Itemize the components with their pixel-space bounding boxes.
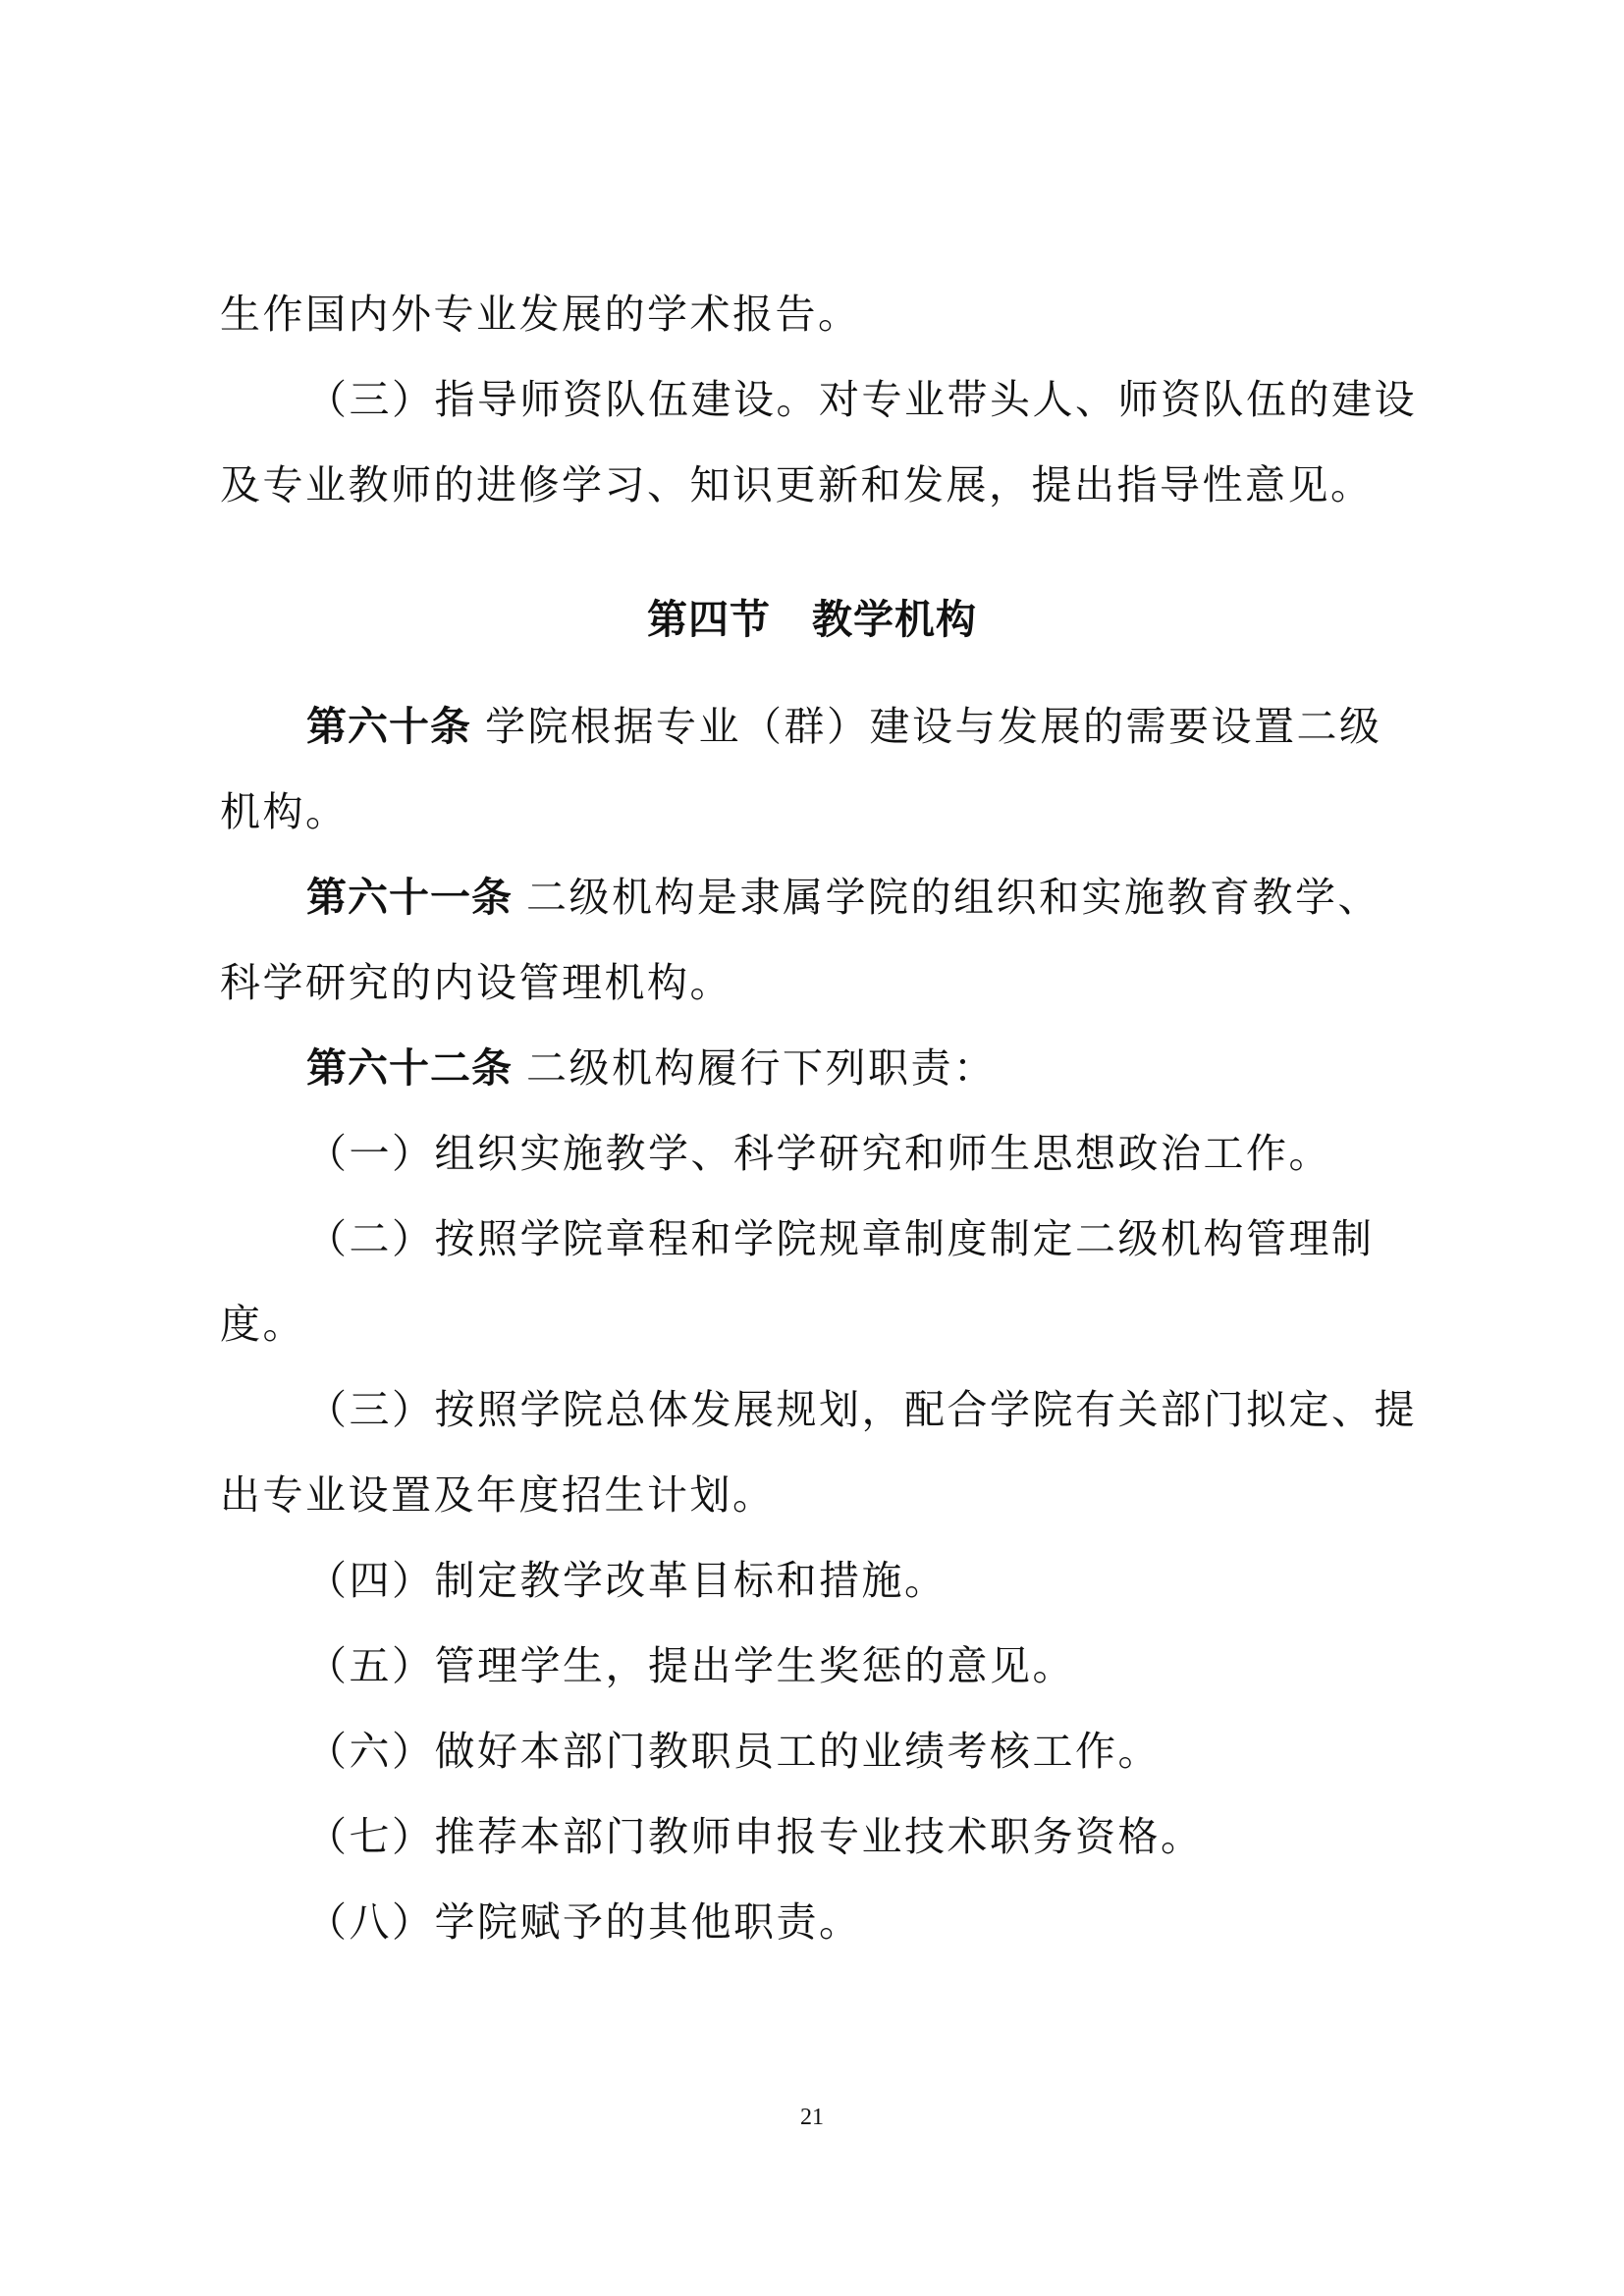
section-heading: 第四节 教学机构: [0, 592, 1624, 647]
duty-item: （七）推荐本部门教师申报专业技术职务资格。: [306, 1809, 1204, 1864]
paragraph-line: 生作国内外专业发展的学术报告。: [220, 287, 861, 342]
duty-continuation: 度。: [220, 1297, 305, 1352]
article-62: 第六十二条二级机构履行下列职责：: [306, 1041, 997, 1095]
paragraph-line: （三）指导师资队伍建设。对专业带头人、师资队伍的建设: [306, 372, 1417, 427]
duty-item: （六）做好本部门教职员工的业绩考核工作。: [306, 1724, 1161, 1779]
duty-continuation: 出专业设置及年度招生计划。: [220, 1468, 776, 1522]
article-text: 二级机构履行下列职责：: [526, 1044, 997, 1092]
article-60: 第六十条学院根据专业（群）建设与发展的需要设置二级: [306, 699, 1382, 754]
article-continuation: 机构。: [220, 784, 349, 839]
paragraph-line: 及专业教师的进修学习、知识更新和发展，提出指导性意见。: [220, 457, 1374, 512]
article-61: 第六十一条二级机构是隶属学院的组织和实施教育教学、: [306, 870, 1380, 925]
article-label: 第六十一条: [306, 874, 513, 921]
duty-item: （一）组织实施教学、科学研究和师生思想政治工作。: [306, 1126, 1331, 1181]
article-label: 第六十条: [306, 703, 471, 750]
duty-item: （八）学院赋予的其他职责。: [306, 1895, 862, 1949]
duty-item: （三）按照学院总体发展规划，配合学院有关部门拟定、提: [306, 1382, 1417, 1437]
article-text: 学院根据专业（群）建设与发展的需要设置二级: [485, 703, 1382, 750]
article-text: 二级机构是隶属学院的组织和实施教育教学、: [526, 874, 1380, 921]
duty-item: （二）按照学院章程和学院规章制度制定二级机构管理制: [306, 1211, 1375, 1266]
duty-item: （四）制定教学改革目标和措施。: [306, 1553, 947, 1608]
duty-item: （五）管理学生，提出学生奖惩的意见。: [306, 1638, 1075, 1693]
article-continuation: 科学研究的内设管理机构。: [220, 955, 732, 1010]
article-label: 第六十二条: [306, 1044, 513, 1092]
page-number: 21: [0, 2105, 1624, 2131]
